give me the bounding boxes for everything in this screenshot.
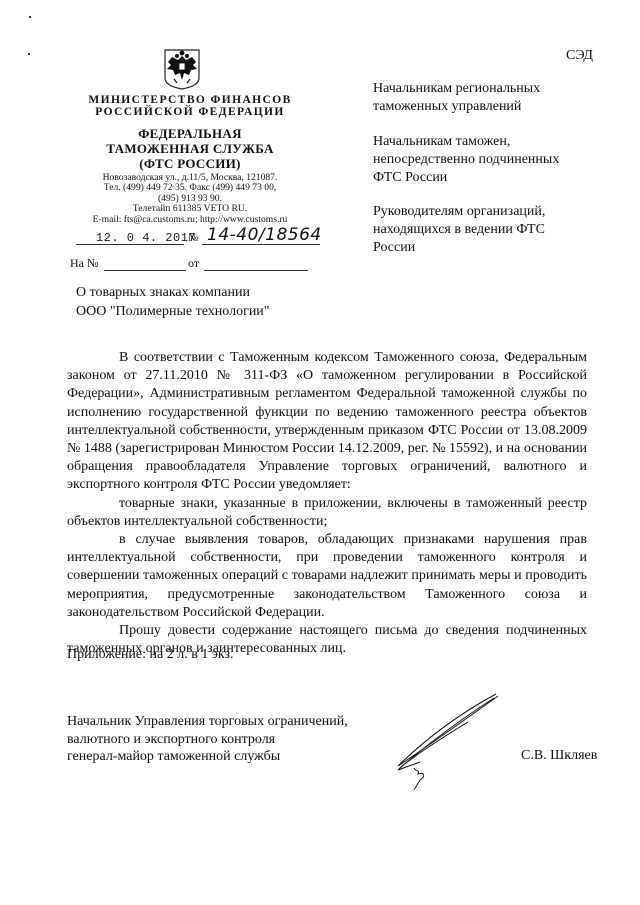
- service-line: (ФТС РОССИИ): [60, 156, 320, 171]
- service-name: ФЕДЕРАЛЬНАЯ ТАМОЖЕННАЯ СЛУЖБА (ФТС РОССИ…: [60, 126, 320, 171]
- addressee-line: ФТС России: [373, 169, 613, 187]
- addressee-organization-heads: Руководителям организаций, находящихся в…: [373, 203, 613, 257]
- addressee-regional-directorates: Начальникам региональных таможенных упра…: [373, 80, 613, 116]
- subject-line: О товарных знаках компании: [76, 283, 270, 302]
- russian-coat-of-arms-icon: [162, 48, 202, 90]
- ministry-line: РОССИЙСКОЙ ФЕДЕРАЦИИ: [60, 106, 320, 118]
- reply-date-field: [204, 270, 308, 271]
- position-line: Начальник Управления торговых ограничени…: [67, 713, 348, 731]
- position-line: валютного и экспортного контроля: [67, 731, 348, 749]
- addressee-customs-heads: Начальникам таможен, непосредственно под…: [373, 133, 613, 187]
- contact-address: Новозаводская ул., д.11/5, Москва, 12108…: [60, 173, 320, 225]
- addressee-line: Руководителям организаций,: [373, 203, 613, 221]
- signer-position: Начальник Управления торговых ограничени…: [67, 713, 348, 766]
- reply-number-field: [104, 270, 186, 271]
- email-web-line: E-mail: fts@ca.customs.ru; http://www.cu…: [60, 215, 320, 225]
- service-line: ФЕДЕРАЛЬНАЯ: [60, 126, 320, 141]
- ministry-name: МИНИСТЕРСТВО ФИНАНСОВ РОССИЙСКОЙ ФЕДЕРАЦ…: [60, 94, 320, 118]
- registration-number: 14-40/18564: [207, 225, 322, 245]
- letter-body: В соответствии с Таможенным кодексом Там…: [67, 349, 587, 658]
- handwritten-signature-icon: [390, 690, 500, 790]
- attachment-note: Приложение: на 2 л. в 1 экз.: [67, 647, 234, 663]
- scan-speck: [29, 16, 31, 18]
- registration-line: 12. 0 4. 2017 № 14-40/18564: [70, 229, 330, 249]
- service-line: ТАМОЖЕННАЯ СЛУЖБА: [60, 141, 320, 156]
- addressee-line: Начальникам таможен,: [373, 133, 613, 151]
- reply-reference: На № от: [70, 256, 330, 274]
- body-paragraph: в случае выявления товаров, обладающих п…: [67, 531, 587, 622]
- reply-date-label: от: [188, 256, 199, 271]
- addressee-line: Начальникам региональных: [373, 80, 613, 98]
- addressee-line: России: [373, 239, 613, 257]
- ministry-line: МИНИСТЕРСТВО ФИНАНСОВ: [60, 94, 320, 106]
- subject-line: ООО "Полимерные технологии": [76, 302, 270, 321]
- body-paragraph: В соответствии с Таможенным кодексом Там…: [67, 349, 587, 495]
- scan-speck: [28, 53, 30, 55]
- position-line: генерал-майор таможенной службы: [67, 748, 348, 766]
- addressee-line: находящихся в ведении ФТС: [373, 221, 613, 239]
- sed-mark: СЭД: [566, 48, 593, 64]
- body-paragraph: товарные знаки, указанные в приложении, …: [67, 495, 587, 531]
- registration-date: 12. 0 4. 2017: [96, 231, 196, 245]
- letter-subject: О товарных знаках компании ООО "Полимерн…: [76, 283, 270, 321]
- date-underline: [76, 244, 184, 245]
- addressee-line: непосредственно подчиненных: [373, 151, 613, 169]
- reply-number-label: На №: [70, 256, 98, 271]
- number-label: №: [188, 232, 199, 244]
- signer-name: С.В. Шкляев: [521, 748, 597, 764]
- addressee-line: таможенных управлений: [373, 98, 613, 116]
